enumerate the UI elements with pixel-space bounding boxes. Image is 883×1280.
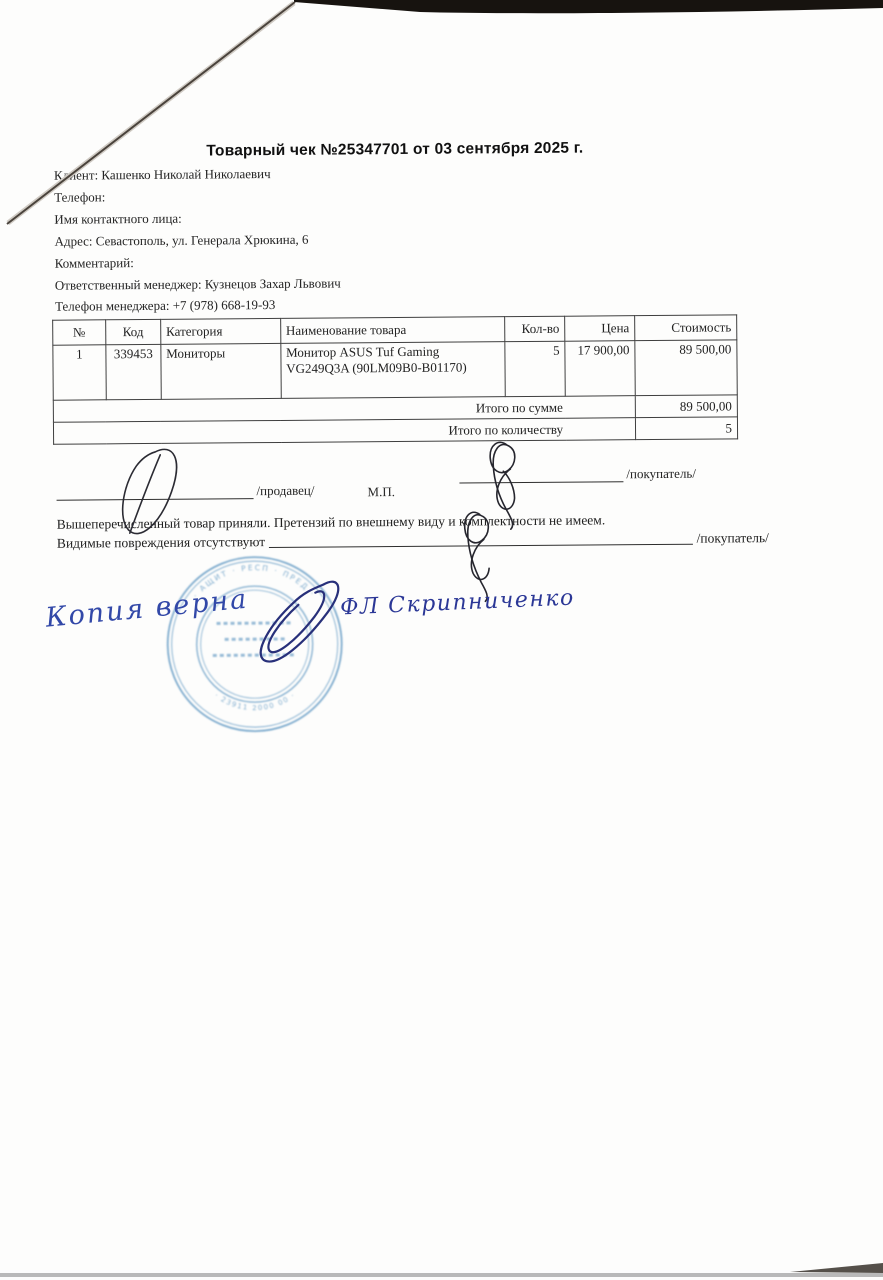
col-header-qty: Кол-во — [505, 316, 565, 341]
info-line-manager-phone: Телефон менеджера: +7 (978) 668-19-93 — [55, 294, 341, 318]
table-row: 1 339453 Мониторы Монитор ASUS Tuf Gamin… — [53, 340, 737, 400]
handwritten-signed-name: ФЛ Скрипниченко — [340, 585, 576, 620]
buyer-label-bottom: /покупатель/ — [697, 529, 769, 548]
cell-qty: 5 — [505, 341, 565, 396]
buyer-signature-line-bottom — [269, 544, 692, 548]
info-line-address: Адрес: Севастополь, ул. Генерала Хрюкина… — [54, 228, 340, 252]
seller-signature-line — [56, 483, 253, 501]
buyer-signature-row-top: /покупатель/ — [459, 466, 696, 484]
cell-code: 339453 — [106, 344, 161, 399]
receipt-document: Товарный чек №25347701 от 03 сентября 20… — [0, 0, 883, 1280]
col-header-num: № — [53, 320, 106, 345]
stamp-rim-digits: · 23911 2000 00 · — [213, 691, 297, 713]
stamp-center-text-blur — [213, 623, 297, 656]
col-header-category: Категория — [161, 318, 281, 344]
items-table: № Код Категория Наименование товара Кол-… — [52, 314, 738, 444]
info-line-comment: Комментарий: — [55, 250, 341, 274]
total-qty-label: Итого по количеству — [53, 418, 635, 445]
info-line-phone: Телефон: — [54, 184, 340, 208]
seller-label: /продавец/ — [256, 483, 314, 499]
seller-signature-row: /продавец/ — [56, 483, 314, 501]
scanned-receipt-page: Товарный чек №25347701 от 03 сентября 20… — [0, 0, 883, 1280]
cell-num: 1 — [53, 345, 106, 400]
total-qty-value: 5 — [635, 417, 737, 440]
client-info-block: Клиент: Кашенко Николай Николаевич Телеф… — [54, 162, 341, 318]
buyer-signature-line-top — [459, 466, 623, 483]
cell-name: Монитор ASUS Tuf Gaming VG249Q3A (90LM09… — [281, 342, 506, 399]
cell-category: Мониторы — [161, 343, 281, 399]
damage-text: Видимые повреждения отсутствуют — [57, 533, 265, 553]
handwritten-copy-note: Копия верна — [43, 584, 249, 634]
total-qty-row: Итого по количеству 5 — [53, 417, 737, 444]
info-line-manager: Ответственный менеджер: Кузнецов Захар Л… — [55, 272, 341, 296]
info-line-contact: Имя контактного лица: — [54, 206, 340, 230]
cell-price: 17 900,00 — [565, 341, 635, 397]
buyer-label-top: /покупатель/ — [626, 466, 696, 483]
receipt-title: Товарный чек №25347701 от 03 сентября 20… — [0, 138, 791, 162]
round-stamp: · АЩИТ · РЕСП · ПРЕД · · 23911 2000 00 · — [167, 556, 342, 731]
col-header-price: Цена — [565, 316, 635, 342]
cell-amount: 89 500,00 — [635, 340, 737, 396]
stamp-signature-ink — [260, 582, 339, 662]
total-sum-value: 89 500,00 — [635, 395, 737, 418]
acceptance-block: Вышеперечисленный товар приняли. Претенз… — [57, 510, 769, 553]
col-header-amount: Стоимость — [635, 315, 737, 341]
col-header-name: Наименование товара — [280, 317, 505, 344]
stamp-rim-text-top: · АЩИТ · РЕСП · ПРЕД · — [191, 563, 318, 600]
info-line-client: Клиент: Кашенко Николай Николаевич — [54, 162, 340, 186]
col-header-code: Код — [106, 319, 161, 344]
stamp-place-label: М.П. — [367, 484, 395, 500]
